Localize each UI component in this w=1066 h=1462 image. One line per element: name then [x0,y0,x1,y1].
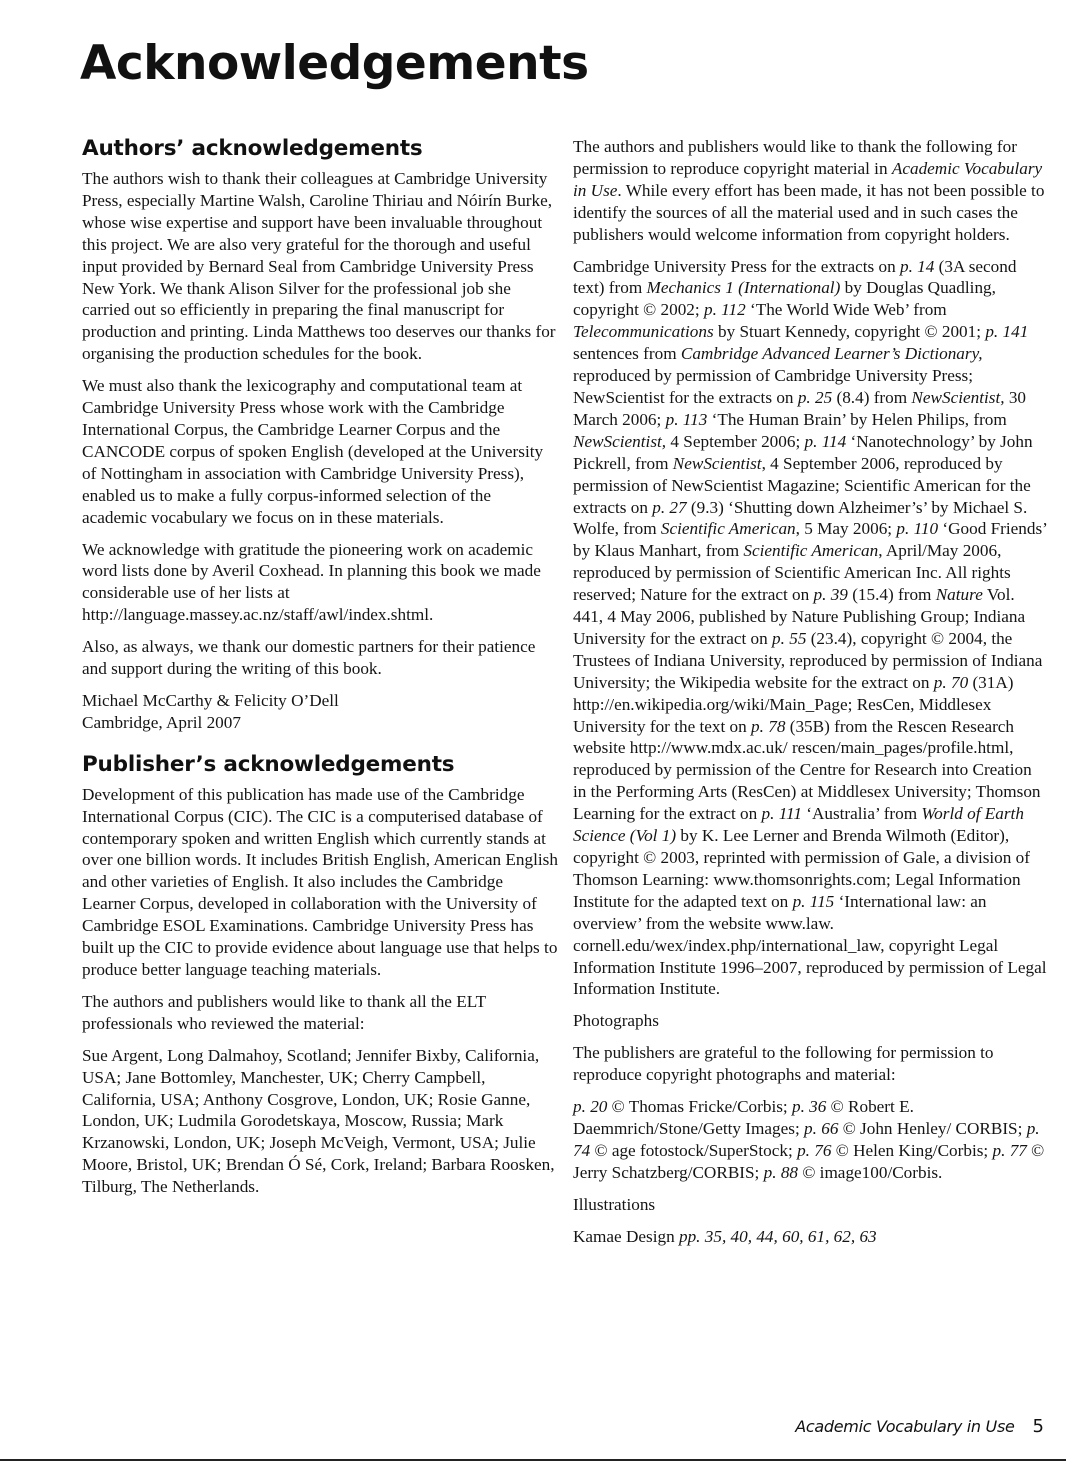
page-footer: Academic Vocabulary in Use5 [795,1416,1044,1437]
authors-paragraph: The authors wish to thank their colleagu… [82,168,560,365]
photographs-intro: The publishers are grateful to the follo… [573,1042,1047,1086]
copyright-credits: Cambridge University Press for the extra… [573,256,1047,1001]
illustrations-heading: Illustrations [573,1194,1047,1216]
left-column: Authors’ acknowledgements The authors wi… [82,136,560,1208]
illustration-pages: pp. 35, 40, 44, 60, 61, 62, 63 [679,1227,877,1246]
right-column: The authors and publishers would like to… [573,136,1047,1258]
authors-paragraph: Also, as always, we thank our domestic p… [82,636,560,680]
photographs-heading: Photographs [573,1010,1047,1032]
illustrator-name: Kamae Design [573,1227,679,1246]
authors-paragraph: We acknowledge with gratitude the pionee… [82,539,560,627]
photo-credits: p. 20 © Thomas Fricke/Corbis; p. 36 © Ro… [573,1096,1047,1184]
signature-names: Michael McCarthy & Felicity O’Dell [82,690,560,712]
authors-acknowledgements-heading: Authors’ acknowledgements [82,136,560,162]
reviewers-list: Sue Argent, Long Dalmahoy, Scotland; Jen… [82,1045,560,1198]
illustrations-credit: Kamae Design pp. 35, 40, 44, 60, 61, 62,… [573,1226,1047,1248]
page-number: 5 [1033,1416,1044,1437]
page-title: Acknowledgements [80,40,589,87]
signature-place-date: Cambridge, April 2007 [82,712,560,734]
authors-paragraph: We must also thank the lexicography and … [82,375,560,528]
footer-book-title: Academic Vocabulary in Use [795,1417,1014,1436]
intro-text: . While every effort has been made, it h… [573,181,1044,244]
document-page: Acknowledgements Authors’ acknowledgemen… [0,0,1066,1462]
publisher-paragraph: The authors and publishers would like to… [82,991,560,1035]
bottom-rule [0,1459,1066,1461]
publishers-acknowledgements-heading: Publisher’s acknowledgements [82,752,560,778]
publisher-paragraph: Development of this publication has made… [82,784,560,981]
permissions-intro: The authors and publishers would like to… [573,136,1047,246]
